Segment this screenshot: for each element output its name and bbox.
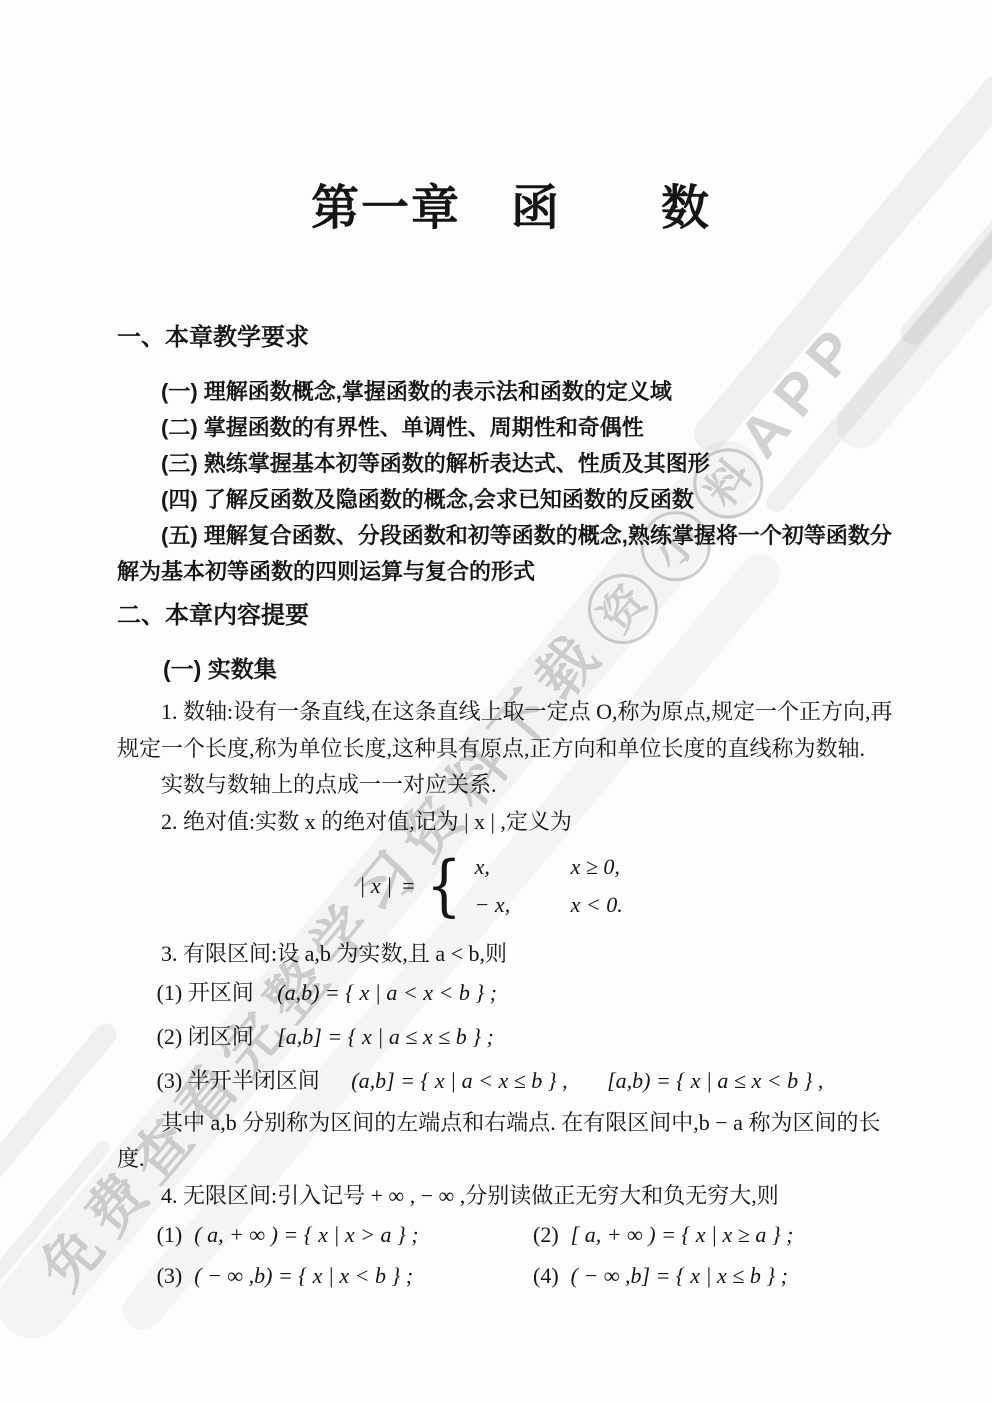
case-condition: x < 0. bbox=[571, 888, 623, 922]
interval-label: (3) 半开半闭区间 bbox=[157, 1068, 320, 1093]
case-condition: x ≥ 0, bbox=[571, 850, 620, 884]
interval-formula: (a,b) = { x | a < x < b } ; bbox=[277, 980, 497, 1005]
chapter-title: 第一章 函 数 bbox=[117, 178, 905, 240]
case-expression: − x, bbox=[475, 888, 571, 922]
interval-formula: [a,b) = { x | a ≤ x < b } , bbox=[607, 1068, 823, 1093]
paragraph-infinite-interval-intro: 4. 无限区间:引入记号 + ∞ , − ∞ ,分别读做正无穷大和负无穷大,则 bbox=[117, 1178, 905, 1215]
interval-label: (1) 开区间 bbox=[157, 980, 254, 1005]
section-heading-teaching-requirements: 一、本章教学要求 bbox=[117, 322, 905, 354]
formula-cases: x, x ≥ 0, − x, x < 0. bbox=[475, 850, 623, 922]
infinite-interval-item: (3)( − ∞ ,b) = { x | x < b } ; bbox=[117, 1255, 533, 1296]
infinite-interval-row: (1)( a, + ∞ ) = { x | x > a } ; (2)[ a, … bbox=[117, 1214, 905, 1255]
paragraph-correspondence: 实数与数轴上的点成一一对应关系. bbox=[117, 767, 905, 804]
interval-formula: ( − ∞ ,b) = { x | x < b } ; bbox=[194, 1263, 413, 1288]
absolute-value-formula: | x | = { x, x ≥ 0, − x, x < 0. bbox=[117, 846, 865, 926]
infinite-interval-item: (2)[ a, + ∞ ) = { x | x ≥ a } ; bbox=[533, 1214, 794, 1255]
interval-formula: [a,b] = { x | a ≤ x ≤ b } ; bbox=[277, 1024, 494, 1049]
paragraph-absolute-value-intro: 2. 绝对值:实数 x 的绝对值,记为 | x | ,定义为 bbox=[117, 804, 905, 841]
scanned-textbook-page: 免费查看完整学习资料下载资小料APP 第一章 函 数 一、本章教学要求 (一) … bbox=[0, 0, 992, 1403]
paragraph-finite-interval-intro: 3. 有限区间:设 a,b 为实数,且 a < b,则 bbox=[117, 936, 905, 973]
cases-brace: { bbox=[426, 846, 462, 926]
teaching-requirement-item: (四) 了解反函数及隐函数的概念,会求已知函数的反函数 bbox=[117, 482, 905, 518]
infinite-interval-item: (4)( − ∞ ,b] = { x | x ≤ b } ; bbox=[533, 1255, 788, 1296]
interval-formula: ( − ∞ ,b] = { x | x ≤ b } ; bbox=[571, 1263, 788, 1288]
teaching-requirement-item: (二) 掌握函数的有界性、单调性、周期性和奇偶性 bbox=[117, 410, 905, 446]
interval-formula: [ a, + ∞ ) = { x | x ≥ a } ; bbox=[571, 1222, 794, 1247]
formula-case-row: − x, x < 0. bbox=[475, 888, 623, 922]
paragraph-number-line: 1. 数轴:设有一条直线,在这条直线上取一定点 O,称为原点,规定一个正方向,再… bbox=[117, 694, 905, 767]
interval-formula: ( a, + ∞ ) = { x | x > a } ; bbox=[194, 1222, 418, 1247]
finite-interval-item: (1) 开区间 (a,b) = { x | a < x < b } ; bbox=[117, 973, 905, 1013]
finite-interval-item: (3) 半开半闭区间 (a,b] = { x | a < x ≤ b } , [… bbox=[117, 1061, 905, 1101]
equals-sign: = bbox=[402, 868, 414, 905]
teaching-requirement-item: (三) 熟练掌握基本初等函数的解析表达式、性质及其图形 bbox=[117, 446, 905, 482]
infinite-interval-item: (1)( a, + ∞ ) = { x | x > a } ; bbox=[117, 1214, 533, 1255]
section-heading-content-summary: 二、本章内容提要 bbox=[117, 600, 905, 632]
interval-formula: (a,b] = { x | a < x ≤ b } , bbox=[351, 1068, 567, 1093]
finite-interval-item: (2) 闭区间 [a,b] = { x | a ≤ x ≤ b } ; bbox=[117, 1017, 905, 1057]
formula-lhs: | x | bbox=[359, 868, 392, 905]
infinite-interval-row: (3)( − ∞ ,b) = { x | x < b } ; (4)( − ∞ … bbox=[117, 1255, 905, 1296]
item-number: (2) bbox=[533, 1222, 559, 1247]
formula-case-row: x, x ≥ 0, bbox=[475, 850, 623, 884]
item-number: (1) bbox=[157, 1222, 183, 1247]
teaching-requirement-item: (五) 理解复合函数、分段函数和初等函数的概念,熟练掌握将一个初等函数分解为基本… bbox=[117, 518, 905, 590]
case-expression: x, bbox=[475, 850, 571, 884]
teaching-requirement-item: (一) 理解函数概念,掌握函数的表示法和函数的定义域 bbox=[117, 374, 905, 410]
interval-label: (2) 闭区间 bbox=[157, 1024, 254, 1049]
page-content: 第一章 函 数 一、本章教学要求 (一) 理解函数概念,掌握函数的表示法和函数的… bbox=[0, 0, 992, 1296]
item-number: (4) bbox=[533, 1263, 559, 1288]
subsection-heading-real-number-set: (一) 实数集 bbox=[117, 652, 905, 686]
paragraph-endpoints-note: 其中 a,b 分别称为区间的左端点和右端点. 在有限区间中,b − a 称为区间… bbox=[117, 1105, 905, 1178]
item-number: (3) bbox=[157, 1263, 183, 1288]
